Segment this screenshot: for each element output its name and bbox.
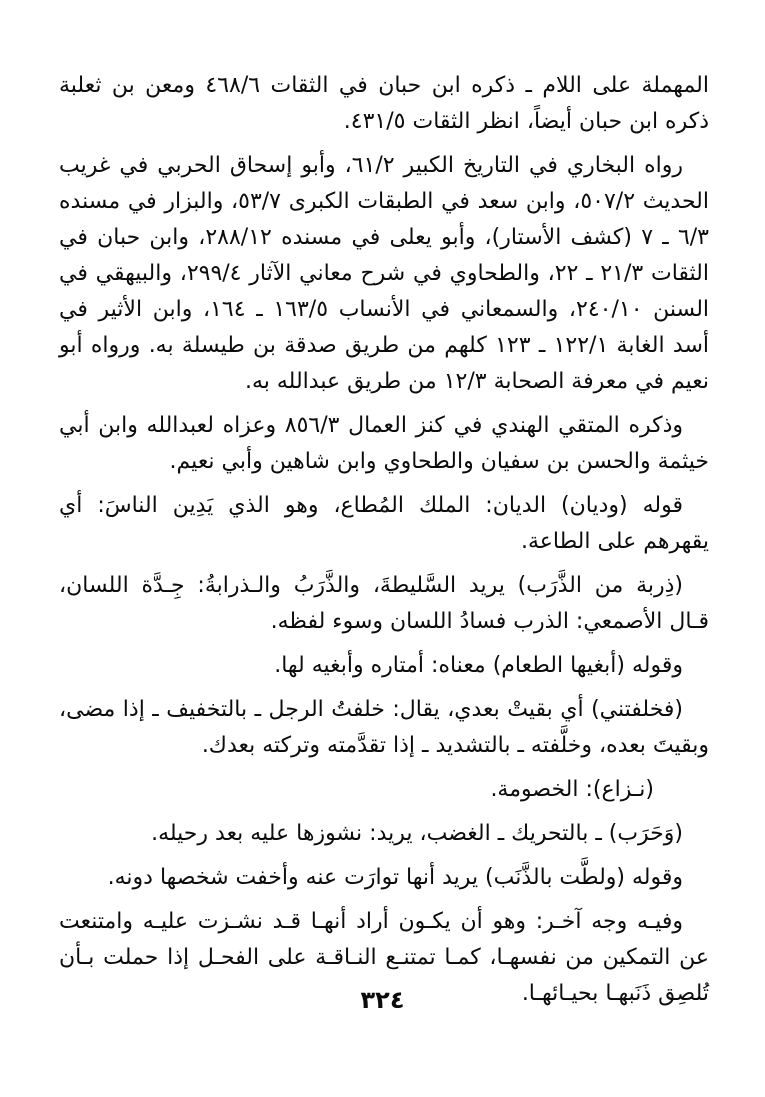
paragraph-gloss-harab: (وَحَرَب) ـ بالتحريك ـ الغضب، يريد: نشوز…	[59, 816, 709, 852]
paragraph-hadith-sources: رواه البخاري في التاريخ الكبير ٦١/٢، وأب…	[59, 148, 709, 400]
paragraph-gloss-lattat: وقوله (ولطَّت بالذَّنَب) يريد أنها توارَ…	[59, 860, 709, 896]
page-text-block: المهملة على اللام ـ ذكره ابن حبان في الث…	[59, 68, 709, 1020]
paragraph-gloss-abghiha: وقوله (أبغيها الطعام) معناه: أمتاره وأبغ…	[59, 648, 709, 684]
paragraph-gloss-dayyan: قوله (وديان) الديان: الملك المُطاع، وهو …	[59, 488, 709, 560]
paragraph-kanz-alummal: وذكره المتقي الهندي في كنز العمال ٨٥٦/٣ …	[59, 408, 709, 480]
book-page: المهملة على اللام ـ ذكره ابن حبان في الث…	[0, 0, 765, 1097]
page-number: ٣٢٤	[0, 986, 765, 1014]
paragraph-references-continuation: المهملة على اللام ـ ذكره ابن حبان في الث…	[59, 68, 709, 140]
paragraph-gloss-fakhalaftni: (فخلفتني) أي بقيتْ بعدي، يقال: خلفتُ الر…	[59, 692, 709, 764]
paragraph-gloss-niza: (نـزاع): الخصومة.	[59, 772, 709, 808]
paragraph-gloss-dhiriba: (ذِربة من الذَّرَب) يريد السَّليطةَ، وال…	[59, 568, 709, 640]
